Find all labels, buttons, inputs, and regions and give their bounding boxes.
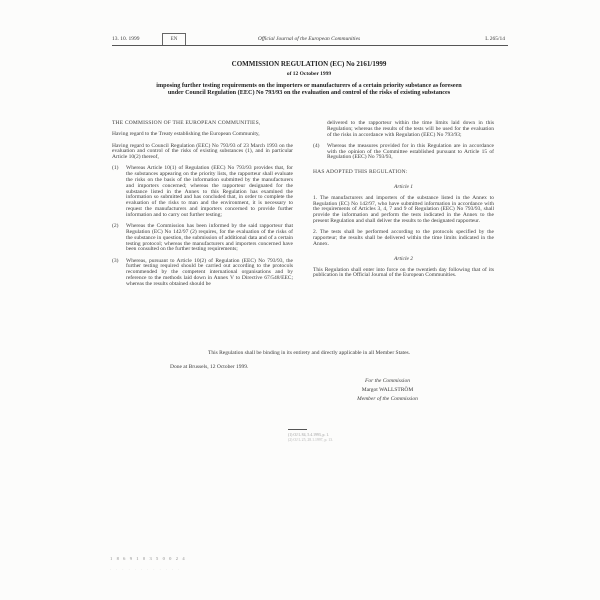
left-column: THE COMMISSION OF THE EUROPEAN COMMUNITI…: [112, 121, 293, 293]
recital-1-text: Whereas Article 10(1) of Regulation (EEC…: [126, 165, 293, 217]
recital-4: (4) Whereas the measures provided for in…: [313, 144, 494, 161]
regulation-date: of 12 October 1999: [112, 71, 506, 77]
footnote-2: (2) OJ L 25, 28.1.1997, p. 13.: [288, 438, 333, 442]
footnote-rule: [288, 429, 307, 430]
signatory-role: Member of the Commission: [330, 395, 445, 404]
right-column: delivered to the rapporteur within the t…: [313, 121, 494, 285]
article-1-paragraph-2: 2. The tests shall be performed accordin…: [313, 230, 494, 247]
recital-2-text: Whereas the Commission has been informed…: [126, 223, 293, 252]
recital-4-number: (4): [313, 144, 319, 150]
print-code-line-1: 1 8 6 9 1 0 3 5 0 0 2 4: [110, 556, 186, 561]
journal-title: Official Journal of the European Communi…: [112, 36, 506, 42]
recital-3-number: (3): [112, 259, 118, 265]
print-code-line-2: . . . . . . . . . . . .: [110, 566, 181, 571]
recital-1: (1) Whereas Article 10(1) of Regulation …: [112, 166, 293, 218]
preamble-legal-basis: Having regard to Council Regulation (EEC…: [112, 144, 293, 161]
document-page: 13. 10. 1999 EN Official Journal of the …: [0, 0, 600, 600]
signature-intro: For the Commission: [330, 377, 445, 386]
article-1-heading: Article 1: [313, 185, 494, 191]
recital-2: (2) Whereas the Commission has been info…: [112, 224, 293, 253]
signature-block: For the Commission Margot WALLSTRÖM Memb…: [330, 377, 445, 404]
article-1-paragraph-1: 1. The manufacturers and importers of th…: [313, 196, 494, 225]
enacting-formula: HAS ADOPTED THIS REGULATION:: [313, 170, 494, 176]
regulation-subject-wrap: imposing further testing requirements on…: [112, 82, 506, 96]
binding-statement: This Regulation shall be binding in its …: [112, 350, 506, 356]
regulation-title: COMMISSION REGULATION (EC) No 2161/1999: [112, 60, 506, 68]
article-2-paragraph-1: This Regulation shall enter into force o…: [313, 268, 494, 280]
done-at-line: Done at Brussels, 12 October 1999.: [170, 364, 248, 370]
recital-3-continuation: delivered to the rapporteur within the t…: [313, 121, 494, 138]
recital-4-text: Whereas the measures provided for in thi…: [327, 143, 494, 161]
signatory-name: Margot WALLSTRÖM: [330, 386, 445, 395]
recital-3-text: Whereas, pursuant to Article 10(2) of Re…: [126, 258, 293, 287]
footnote-1: (1) OJ L 84, 5.4.1993, p. 1.: [288, 433, 329, 437]
recital-1-number: (1): [112, 166, 118, 172]
regulation-subject: imposing further testing requirements on…: [148, 82, 470, 96]
article-2-heading: Article 2: [313, 257, 494, 263]
recital-2-number: (2): [112, 224, 118, 230]
header-rule: [112, 45, 508, 46]
preamble-commission: THE COMMISSION OF THE EUROPEAN COMMUNITI…: [112, 121, 293, 127]
recital-3: (3) Whereas, pursuant to Article 10(2) o…: [112, 259, 293, 288]
preamble-treaty: Having regard to the Treaty establishing…: [112, 132, 284, 138]
page-number: L 265/14: [485, 36, 505, 42]
